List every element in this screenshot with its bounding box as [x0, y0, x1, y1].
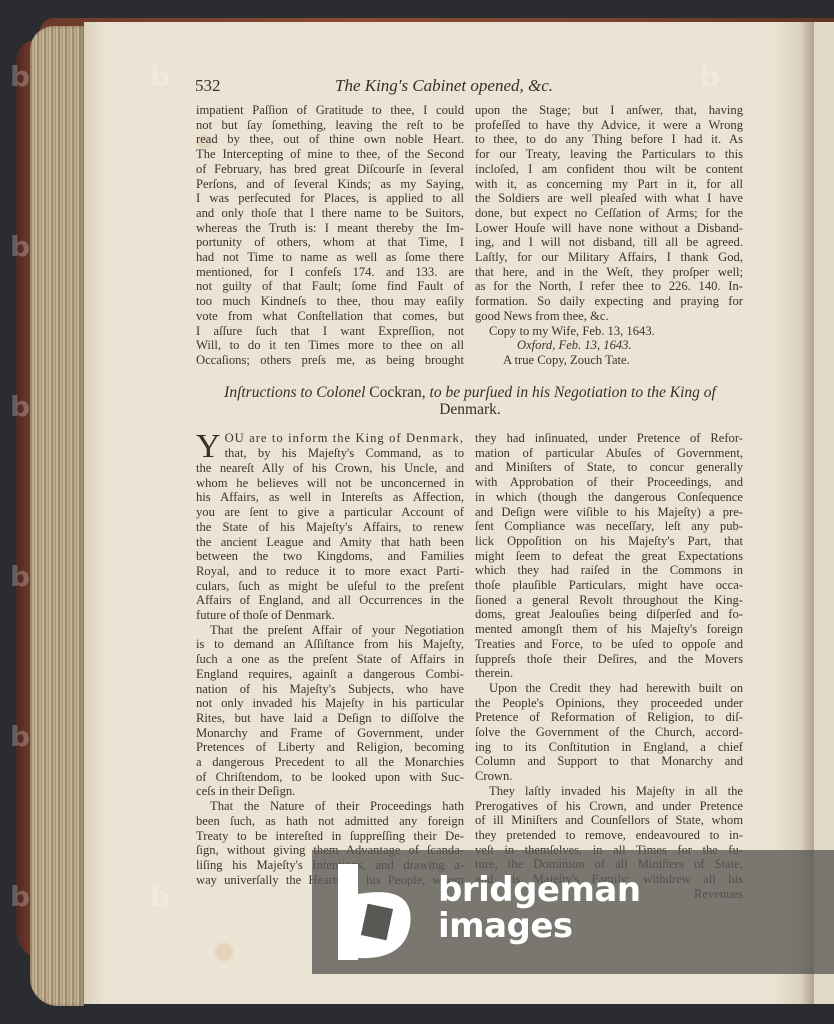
text-line: they had inſinuated, under Pretence of R…	[475, 431, 743, 446]
watermark-line-1: bridgeman	[438, 872, 641, 908]
text-line: ſuppreſs thoſe their Deſires, and the Mo…	[475, 652, 743, 667]
text-line: not guilty of that Fault; ſome find Faul…	[196, 279, 464, 294]
text-line: the ancient League and Amity that hath b…	[196, 535, 464, 550]
text-line: between the two Kingdoms, and Families	[196, 549, 464, 564]
section-title: Inſtructions to Colonel Cockran, to be p…	[196, 384, 744, 418]
text-line: ſent Compliance was neceſſary, leſt any …	[475, 519, 743, 534]
text-line: not but ſay ſomething, leaving the reſt …	[196, 118, 464, 133]
watermark-b-icon: b	[150, 880, 170, 913]
section-title-part2: to be purſued in his Negotiation to the …	[430, 384, 716, 401]
text-line: ing to its Conſtitution in England, a ch…	[475, 740, 743, 755]
text-line: a dangerous Precedent to all the Monarch…	[196, 755, 464, 770]
text-line: to thee, to do any Thing before I had it…	[475, 132, 743, 147]
column-bottom-right: they had inſinuated, under Pretence of R…	[475, 431, 743, 902]
text-line: and only thoſe that I there name to be S…	[196, 206, 464, 221]
text-line: Affairs of England, and all Occurrences …	[196, 593, 464, 608]
watermark-line-2: images	[438, 908, 641, 944]
page-number: 532	[195, 76, 221, 96]
text-line: thoſe plauſible Particulars, might have …	[475, 578, 743, 593]
text-line: profeſſed to have thy Advice, it were a …	[475, 118, 743, 133]
text-line: good News from thee, &c.	[475, 309, 743, 324]
text-line: therein.	[475, 666, 743, 681]
text-line: England requires, againſt a dangerous Co…	[196, 667, 464, 682]
text-line: upon the Stage; but I anſwer, that, havi…	[475, 103, 743, 118]
text-line: OU are to inform the King of Denmark,	[196, 431, 464, 446]
text-line: Occaſions; others preſs me, as being bro…	[196, 353, 464, 368]
text-line: That the preſent Affair of your Negotiat…	[196, 623, 464, 638]
text-line: the People's Opinions, they proceeded un…	[475, 696, 743, 711]
column-bottom-left: Y OU are to inform the King of Denmark, …	[196, 431, 464, 887]
signature-line: Copy to my Wife, Feb. 13, 1643.	[475, 324, 743, 339]
text-line: mentioned, for I confeſs 174. and 133. a…	[196, 265, 464, 280]
text-line: Will, to do it ten Times more to thee on…	[196, 338, 464, 353]
text-line: formation. So daily expecting and prayin…	[475, 294, 743, 309]
text-line: is to demand an Aſſiſtance from his Maje…	[196, 637, 464, 652]
text-line: future of thoſe of Denmark.	[196, 608, 464, 623]
text-line: lick Oppoſition on his Majeſty's Part, t…	[475, 534, 743, 549]
text-line: that, by his Majeſty's Command, as to	[196, 446, 464, 461]
text-line: you are ſent to give a particular Accoun…	[196, 505, 464, 520]
text-line: vote from what Conſtellation that comes,…	[196, 309, 464, 324]
text-line: the neareſt Ally of his Crown, his Uncle…	[196, 461, 464, 476]
text-line: done, but expect no Ceſſation of Arms; f…	[475, 206, 743, 221]
text-line: ſioned a general Revolt throughout the K…	[475, 593, 743, 608]
text-line: incloſed, I am confident thou wilt be co…	[475, 162, 743, 177]
bridgeman-watermark: bridgeman images	[312, 850, 834, 974]
watermark-b-icon: b	[150, 60, 170, 93]
text-line: That the Nature of their Proceedings hat…	[196, 799, 464, 814]
text-line: not only invaded his Majeſty in his part…	[196, 696, 464, 711]
text-line: Laſtly, for our Military Affairs, I than…	[475, 250, 743, 265]
text-line: Lower Houſe will have none without a Dis…	[475, 221, 743, 236]
text-line: whom he believes will not be unconcerned…	[196, 476, 464, 491]
text-line: ſuch a one as the preſent State of Affai…	[196, 652, 464, 667]
watermark-b-icon: b	[10, 560, 30, 593]
text-line: Upon the Credit they had herewith built …	[475, 681, 743, 696]
text-line: impatient Paſſion of Gratitude to thee, …	[196, 103, 464, 118]
text-line: and Deſign were viſible to his Majeſty) …	[475, 505, 743, 520]
text-line: with Approbation of their Proceedings, a…	[475, 475, 743, 490]
text-line: Royal, and to reduce it to more exact Pa…	[196, 564, 464, 579]
text-line: and Miniſters of State, to concur genera…	[475, 460, 743, 475]
text-line: I was perſecuted for Places, is applied …	[196, 191, 464, 206]
column-top-right: upon the Stage; but I anſwer, that, havi…	[475, 103, 743, 368]
text-line: whereas the Truth is: I meant thereby th…	[196, 221, 464, 236]
text-line: Treaties and Force, to be uſed to oppoſe…	[475, 637, 743, 652]
text-line: his Affairs, as well in Intereſts as Aff…	[196, 490, 464, 505]
text-line: Perſons, and of ſeveral Kinds; as my Say…	[196, 177, 464, 192]
section-title-part1: Inſtructions to Colonel	[224, 384, 365, 401]
text-line: as for the North, I refer thee to 226. 1…	[475, 279, 743, 294]
text-line: The Intercepting of mine to thee, of the…	[196, 147, 464, 162]
watermark-b-icon: b	[10, 880, 30, 913]
text-line: ſolve the Government of the Church, acco…	[475, 725, 743, 740]
text-line: nation of his Majeſty's Subjects, who ha…	[196, 682, 464, 697]
watermark-b-icon: b	[10, 390, 30, 423]
text-line: read by thee, out of thine own noble Hea…	[196, 132, 464, 147]
text-line: Rites, but have laid a Deſign to diſſolv…	[196, 711, 464, 726]
text-line: the State of his Majeſty's Affairs, to r…	[196, 520, 464, 535]
signature-line: Oxford, Feb. 13, 1643.	[475, 338, 743, 353]
text-line: Prerogatives of his Crown, and under Pre…	[475, 799, 743, 814]
bridgeman-b-logo-icon	[338, 864, 416, 960]
drop-cap: Y	[196, 433, 221, 461]
text-line: been ſuch, as hath not admitted any fore…	[196, 814, 464, 829]
running-title: The King's Cabinet opened, &c.	[335, 76, 553, 96]
watermark-b-icon: b	[10, 230, 30, 263]
text-line: in which (though the dangerous Conſequen…	[475, 490, 743, 505]
text-line: which they had raiſed in the Commons in	[475, 563, 743, 578]
text-line: might ſeem to defeat the great Expectati…	[475, 549, 743, 564]
signature-line: A true Copy, Zouch Tate.	[475, 353, 743, 368]
text-line: the Soldiers are well pleaſed with what …	[475, 191, 743, 206]
page-block-edges	[30, 26, 84, 1006]
text-line: of ill Miniſters and Counſellors of Stat…	[475, 813, 743, 828]
text-line: mented amongſt them of his Majeſty's for…	[475, 622, 743, 637]
text-line: they pretended to remove, endeavoured to…	[475, 828, 743, 843]
text-line: Pretence of Reformation of Religion, to …	[475, 710, 743, 725]
text-line: mation of particular Abuſes of Governmen…	[475, 446, 743, 461]
page-header: 532 The King's Cabinet opened, &c.	[195, 74, 745, 98]
text-line: Pretences of Liberty and Religion, becom…	[196, 740, 464, 755]
text-line: doms, great Jealouſies being diſperſed a…	[475, 607, 743, 622]
text-line: of February, has bred great Diſcourſe in…	[196, 162, 464, 177]
text-line: They laſtly invaded his Majeſty in all t…	[475, 784, 743, 799]
text-line: too much Kindneſs to thee, thou may eaſi…	[196, 294, 464, 309]
text-line: Monarchy and Frame of Government, under	[196, 726, 464, 741]
text-line: Crown.	[475, 769, 743, 784]
text-line: with it, as concerning my Part in it, fo…	[475, 177, 743, 192]
watermark-text: bridgeman images	[438, 872, 641, 944]
text-line: ing, and I will not disband, till all be…	[475, 235, 743, 250]
section-title-line2: Denmark.	[439, 401, 501, 418]
text-line: of Chriſtendom, to be looked upon with S…	[196, 770, 464, 785]
watermark-b-icon: b	[10, 720, 30, 753]
text-line: for our Treaty, leaving the Particulars …	[475, 147, 743, 162]
text-line: portunity of others, whom at that Time, …	[196, 235, 464, 250]
watermark-b-icon: b	[700, 60, 720, 93]
section-title-name: Cockran,	[369, 384, 425, 401]
text-line: I aſſure ſuch that I want Expreſſion, no…	[196, 324, 464, 339]
text-line: had not Time to name as well as ſome the…	[196, 250, 464, 265]
text-line: culars, ſuch as might be uſeful to the p…	[196, 579, 464, 594]
text-line: Treaty to be intereſted in ſuppreſſing t…	[196, 829, 464, 844]
text-line: ceſs in their Deſign.	[196, 784, 464, 799]
watermark-b-icon: b	[10, 60, 30, 93]
text-line: Column and Support to that Monarchy and	[475, 754, 743, 769]
text-line: that here, and in the Weſt, they proſper…	[475, 265, 743, 280]
column-top-left: impatient Paſſion of Gratitude to thee, …	[196, 103, 464, 368]
